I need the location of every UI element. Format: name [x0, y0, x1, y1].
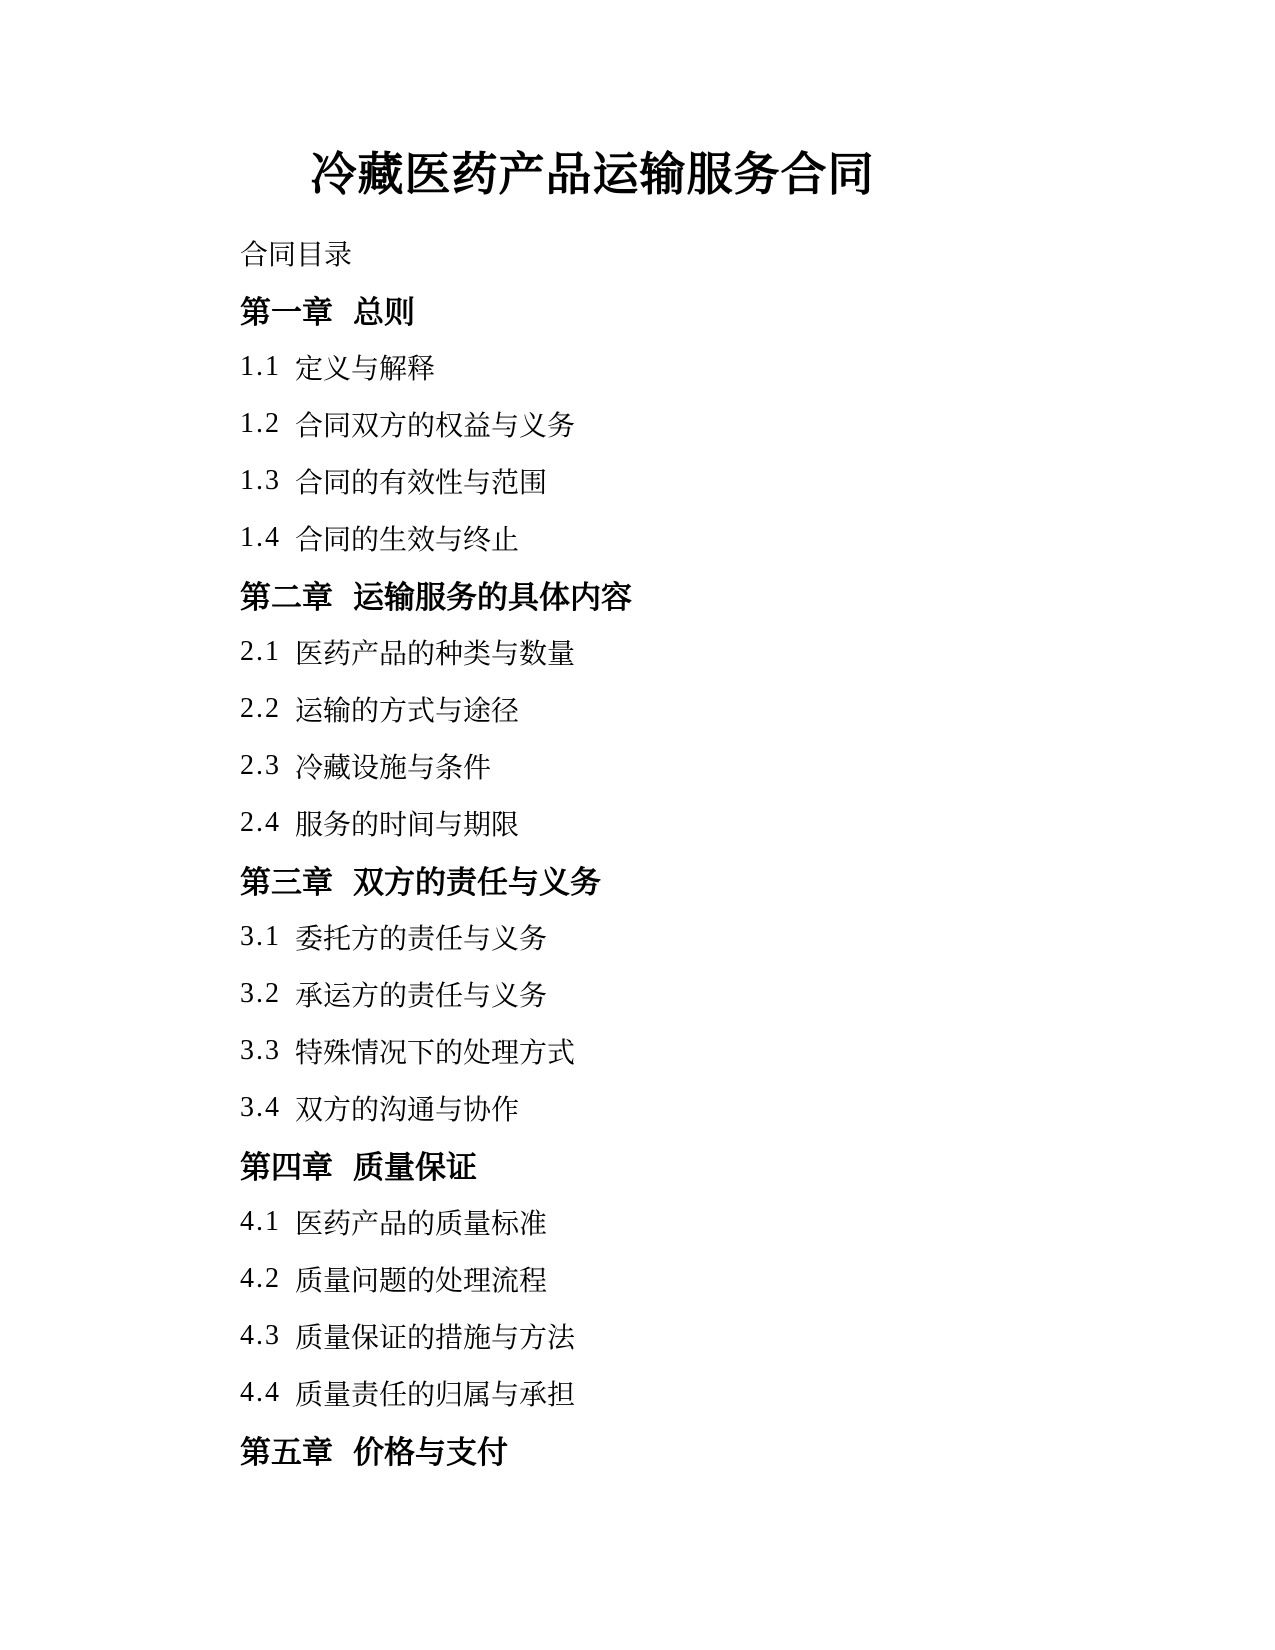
- toc-item-1-2: 1.2 合同双方的权益与义务: [240, 395, 1275, 452]
- item-title: 质量责任的归属与承担: [295, 1373, 575, 1413]
- toc-item-3-1: 3.1 委托方的责任与义务: [240, 908, 1275, 965]
- item-title: 合同的生效与终止: [295, 518, 519, 558]
- toc-chapter-3: 第三章 双方的责任与义务: [240, 851, 1275, 908]
- item-number: 4.1: [240, 1206, 281, 1238]
- item-number: 1.3: [240, 465, 281, 497]
- toc-item-4-3: 4.3 质量保证的措施与方法: [240, 1307, 1275, 1364]
- item-number: 4.4: [240, 1377, 281, 1409]
- item-title: 双方的沟通与协作: [295, 1088, 519, 1128]
- toc-item-2-3: 2.3 冷藏设施与条件: [240, 737, 1275, 794]
- item-title: 定义与解释: [295, 347, 435, 387]
- item-number: 2.2: [240, 693, 281, 725]
- toc-item-1-1: 1.1 定义与解释: [240, 338, 1275, 395]
- chapter-number: 第五章: [240, 1427, 333, 1472]
- toc-item-2-2: 2.2 运输的方式与途径: [240, 680, 1275, 737]
- item-number: 3.1: [240, 921, 281, 953]
- toc-item-1-3: 1.3 合同的有效性与范围: [240, 452, 1275, 509]
- chapter-title: 价格与支付: [353, 1427, 508, 1472]
- toc-item-3-4: 3.4 双方的沟通与协作: [240, 1079, 1275, 1136]
- toc-item-4-1: 4.1 医药产品的质量标准: [240, 1193, 1275, 1250]
- toc-item-2-1: 2.1 医药产品的种类与数量: [240, 623, 1275, 680]
- item-number: 2.4: [240, 807, 281, 839]
- item-number: 2.1: [240, 636, 281, 668]
- toc-chapter-5: 第五章 价格与支付: [240, 1421, 1275, 1478]
- toc-item-3-2: 3.2 承运方的责任与义务: [240, 965, 1275, 1022]
- chapter-number: 第三章: [240, 857, 333, 902]
- toc-item-3-3: 3.3 特殊情况下的处理方式: [240, 1022, 1275, 1079]
- chapter-title: 总则: [353, 287, 415, 332]
- item-number: 3.4: [240, 1092, 281, 1124]
- document-title: 冷藏医药产品运输服务合同: [0, 138, 1185, 204]
- item-title: 合同双方的权益与义务: [295, 404, 575, 444]
- chapter-title: 质量保证: [353, 1142, 477, 1187]
- item-number: 2.3: [240, 750, 281, 782]
- document-page: 冷藏医药产品运输服务合同 合同目录 第一章 总则 1.1 定义与解释 1.2 合…: [0, 0, 1275, 1650]
- item-title: 特殊情况下的处理方式: [295, 1031, 575, 1071]
- item-title: 承运方的责任与义务: [295, 974, 547, 1014]
- table-of-contents: 合同目录 第一章 总则 1.1 定义与解释 1.2 合同双方的权益与义务 1.3…: [240, 224, 1275, 1478]
- item-title: 委托方的责任与义务: [295, 917, 547, 957]
- chapter-title: 运输服务的具体内容: [353, 572, 632, 617]
- item-title: 运输的方式与途径: [295, 689, 519, 729]
- item-title: 服务的时间与期限: [295, 803, 519, 843]
- toc-chapter-2: 第二章 运输服务的具体内容: [240, 566, 1275, 623]
- item-title: 质量保证的措施与方法: [295, 1316, 575, 1356]
- chapter-number: 第二章: [240, 572, 333, 617]
- item-number: 4.2: [240, 1263, 281, 1295]
- chapter-number: 第一章: [240, 287, 333, 332]
- item-number: 3.3: [240, 1035, 281, 1067]
- item-number: 4.3: [240, 1320, 281, 1352]
- item-number: 3.2: [240, 978, 281, 1010]
- chapter-title: 双方的责任与义务: [353, 857, 601, 902]
- toc-item-1-4: 1.4 合同的生效与终止: [240, 509, 1275, 566]
- item-number: 1.4: [240, 522, 281, 554]
- chapter-number: 第四章: [240, 1142, 333, 1187]
- item-title: 医药产品的质量标准: [295, 1202, 547, 1242]
- item-title: 冷藏设施与条件: [295, 746, 491, 786]
- item-title: 质量问题的处理流程: [295, 1259, 547, 1299]
- item-number: 1.2: [240, 408, 281, 440]
- item-title: 合同的有效性与范围: [295, 461, 547, 501]
- item-title: 医药产品的种类与数量: [295, 632, 575, 672]
- toc-item-4-4: 4.4 质量责任的归属与承担: [240, 1364, 1275, 1421]
- toc-item-4-2: 4.2 质量问题的处理流程: [240, 1250, 1275, 1307]
- toc-heading: 合同目录: [240, 224, 1275, 281]
- toc-chapter-4: 第四章 质量保证: [240, 1136, 1275, 1193]
- toc-item-2-4: 2.4 服务的时间与期限: [240, 794, 1275, 851]
- toc-chapter-1: 第一章 总则: [240, 281, 1275, 338]
- item-number: 1.1: [240, 351, 281, 383]
